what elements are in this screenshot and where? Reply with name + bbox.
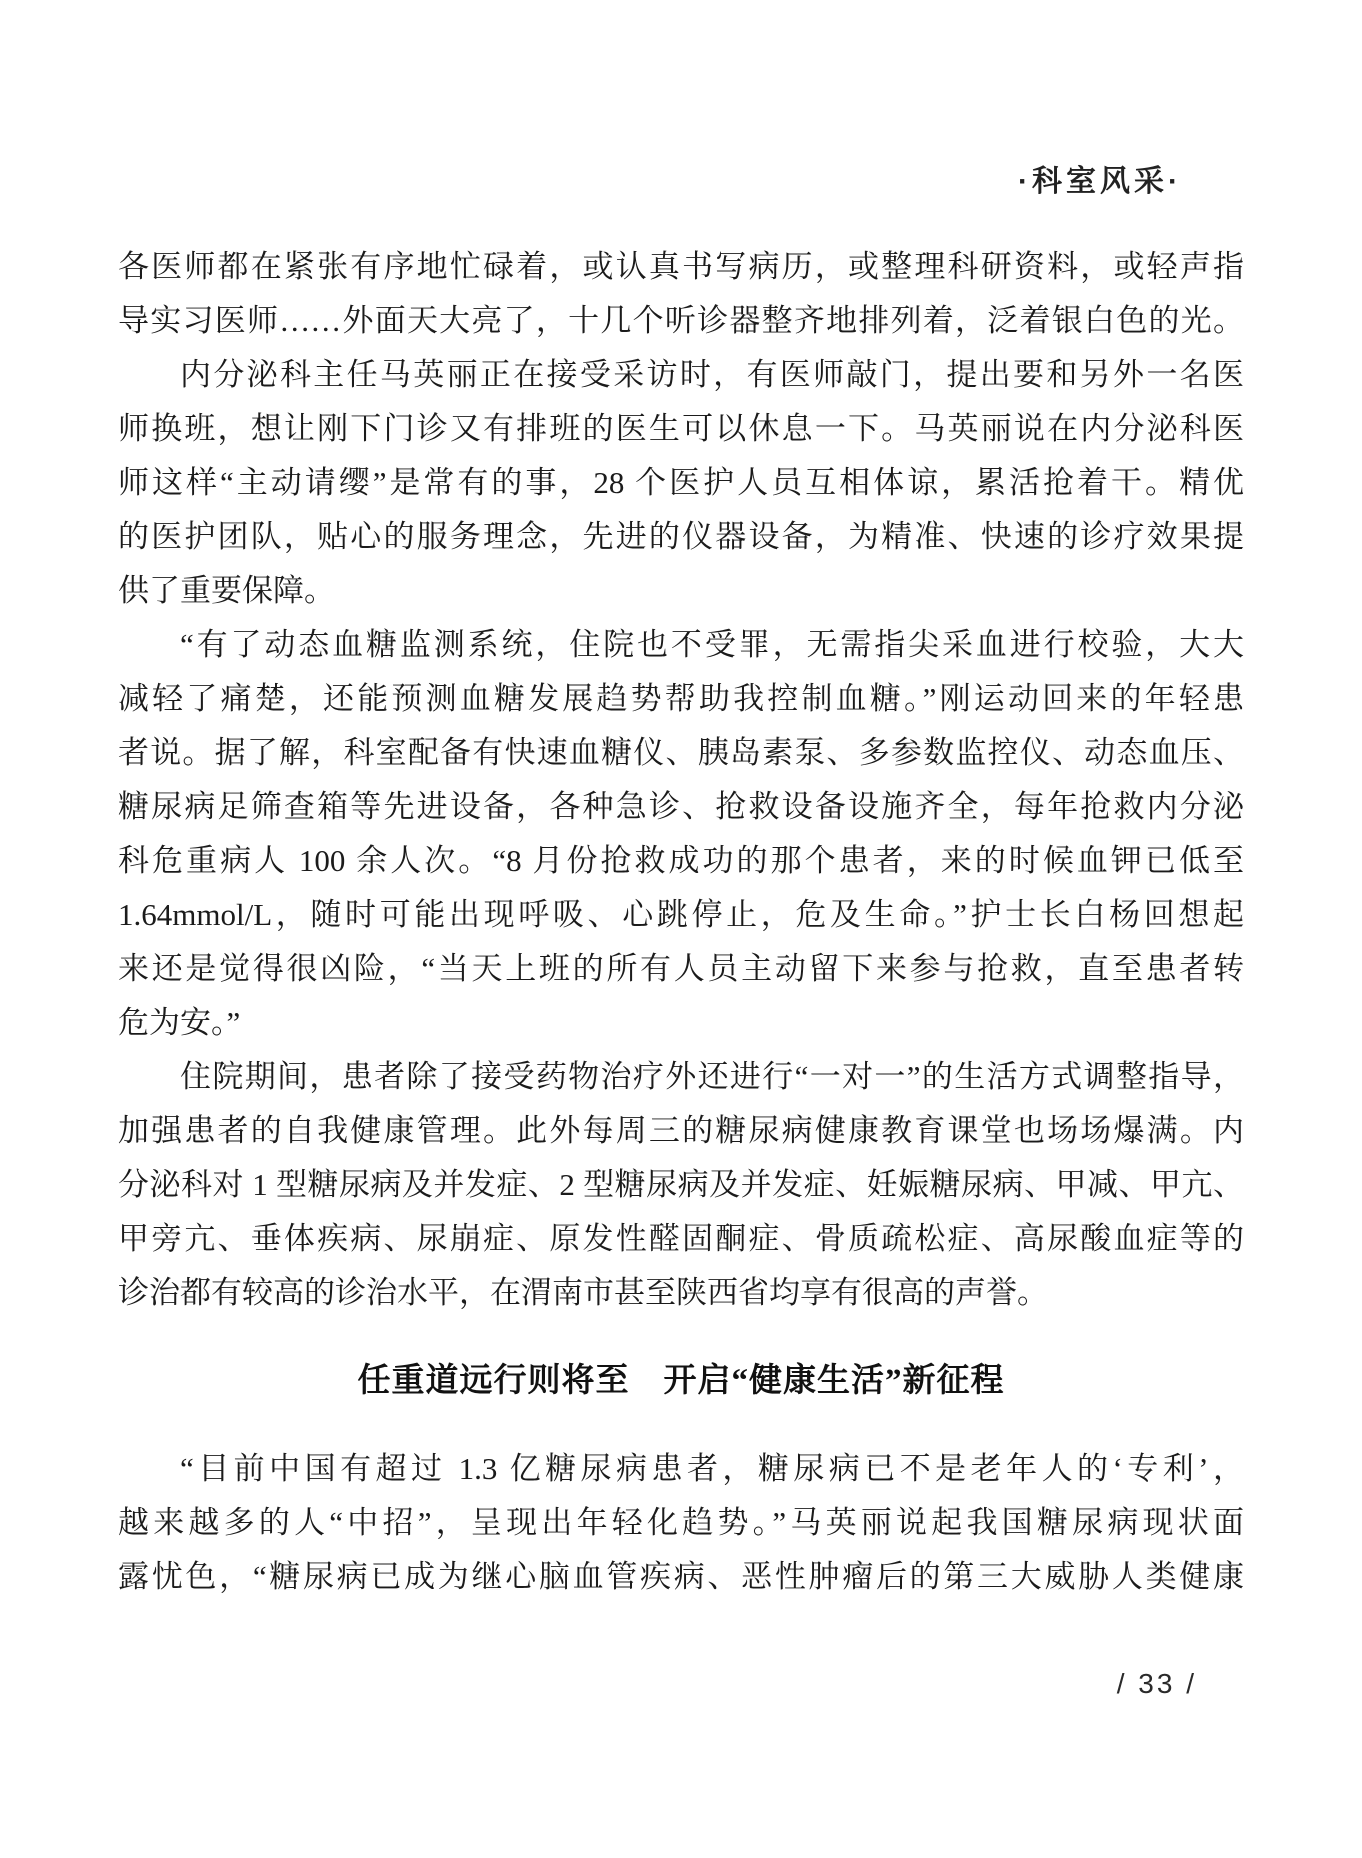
text-line: 导实习医师……外面天大亮了，十几个听诊器整齐地排列着，泛着银白色的光。 <box>118 294 1244 348</box>
page-number: / 33 / <box>1117 1668 1197 1700</box>
text-line: 1.64mmol/L，随时可能出现呼吸、心跳停止，危及生命。”护士长白杨回想起 <box>118 888 1244 942</box>
text-line: 住院期间，患者除了接受药物治疗外还进行“一对一”的生活方式调整指导， <box>118 1050 1244 1104</box>
text-line: 的医护团队，贴心的服务理念，先进的仪器设备，为精准、快速的诊疗效果提 <box>118 510 1244 564</box>
text-line: 科危重病人 100 余人次。“8 月份抢救成功的那个患者，来的时候血钾已低至 <box>118 834 1244 888</box>
article-body: 各医师都在紧张有序地忙碌着，或认真书写病历，或整理科研资料，或轻声指 导实习医师… <box>118 240 1244 1604</box>
text-line: “有了动态血糖监测系统，住院也不受罪，无需指尖采血进行校验，大大 <box>118 618 1244 672</box>
text-line: 供了重要保障。 <box>118 564 1244 618</box>
section-heading: 任重道远行则将至 开启“健康生活”新征程 <box>118 1354 1244 1408</box>
text-line: 来还是觉得很凶险，“当天上班的所有人员主动留下来参与抢救，直至患者转 <box>118 942 1244 996</box>
text-line: 师换班，想让刚下门诊又有排班的医生可以休息一下。马英丽说在内分泌科医 <box>118 402 1244 456</box>
text-line: 露忧色，“糖尿病已成为继心脑血管疾病、恶性肿瘤后的第三大威胁人类健康 <box>118 1550 1244 1604</box>
text-line: 者说。据了解，科室配备有快速血糖仪、胰岛素泵、多参数监控仪、动态血压、 <box>118 726 1244 780</box>
text-line: 甲旁亢、垂体疾病、尿崩症、原发性醛固酮症、骨质疏松症、高尿酸血症等的 <box>118 1212 1244 1266</box>
text-line: 内分泌科主任马英丽正在接受采访时，有医师敲门，提出要和另外一名医 <box>118 348 1244 402</box>
text-line: 越来越多的人“中招”，呈现出年轻化趋势。”马英丽说起我国糖尿病现状面 <box>118 1496 1244 1550</box>
text-line: 分泌科对 1 型糖尿病及并发症、2 型糖尿病及并发症、妊娠糖尿病、甲减、甲亢、 <box>118 1158 1244 1212</box>
magazine-page: ·科室风采· 各医师都在紧张有序地忙碌着，或认真书写病历，或整理科研资料，或轻声… <box>0 0 1362 1858</box>
text-line: 加强患者的自我健康管理。此外每周三的糖尿病健康教育课堂也场场爆满。内 <box>118 1104 1244 1158</box>
text-line: 各医师都在紧张有序地忙碌着，或认真书写病历，或整理科研资料，或轻声指 <box>118 240 1244 294</box>
text-line: 减轻了痛楚，还能预测血糖发展趋势帮助我控制血糖。”刚运动回来的年轻患 <box>118 672 1244 726</box>
text-line: 糖尿病足筛查箱等先进设备，各种急诊、抢救设备设施齐全，每年抢救内分泌 <box>118 780 1244 834</box>
column-header: ·科室风采· <box>1018 156 1182 200</box>
text-line: 诊治都有较高的诊治水平，在渭南市甚至陕西省均享有很高的声誉。 <box>118 1266 1244 1320</box>
text-line: 危为安。” <box>118 996 1244 1050</box>
text-line: “目前中国有超过 1.3 亿糖尿病患者，糖尿病已不是老年人的‘专利’， <box>118 1442 1244 1496</box>
text-line: 师这样“主动请缨”是常有的事，28 个医护人员互相体谅，累活抢着干。精优 <box>118 456 1244 510</box>
